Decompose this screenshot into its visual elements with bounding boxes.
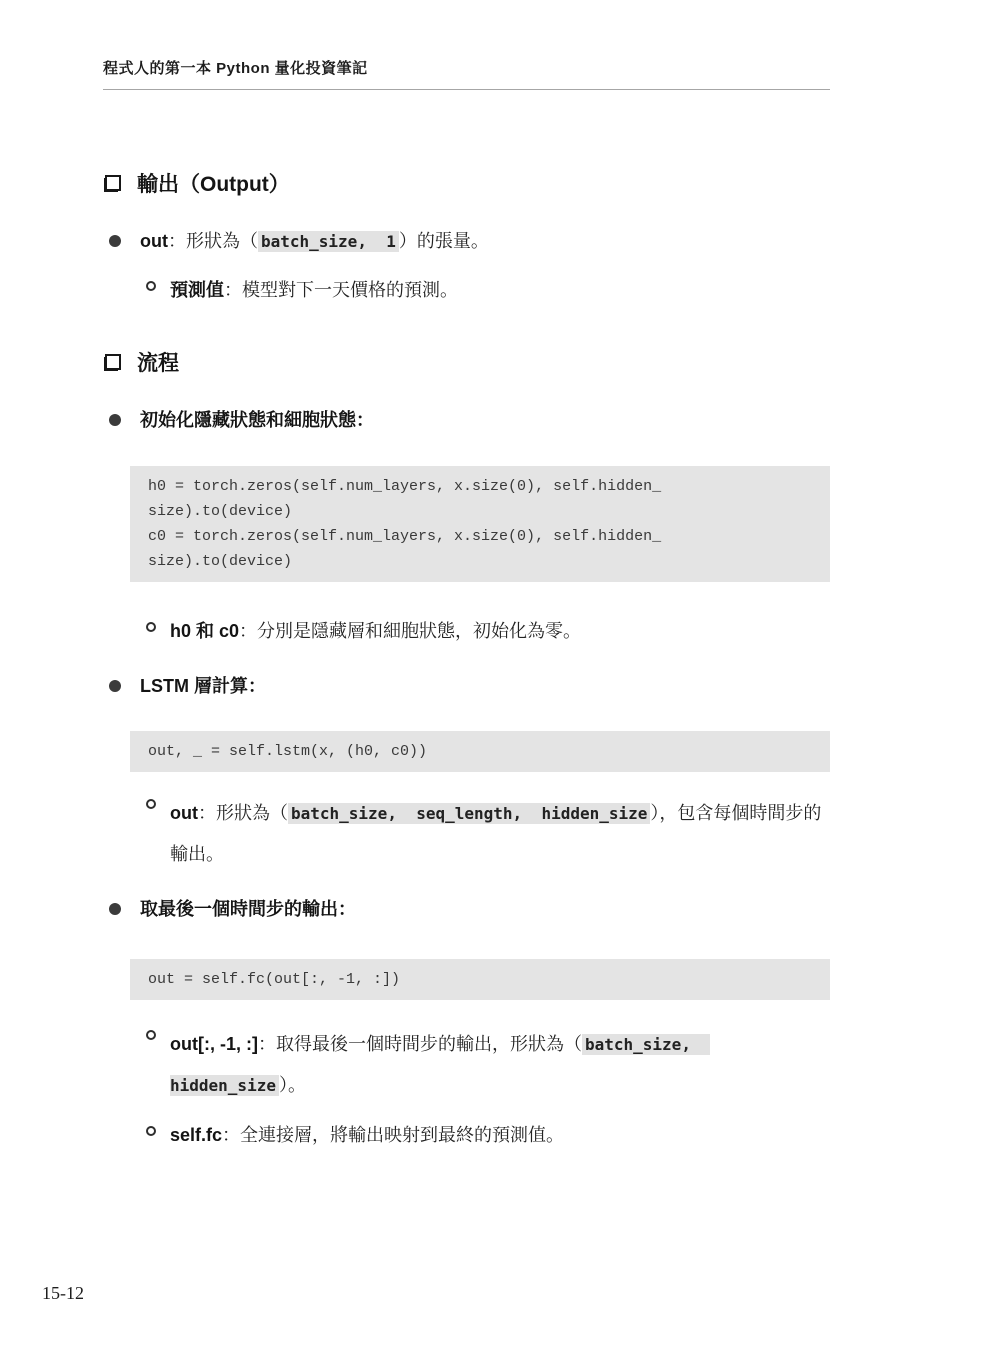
inline-code-batch-size-1: batch_size, 1 <box>258 231 399 252</box>
section-heading-output: 輸出（Output） <box>103 170 833 200</box>
section-heading-output-label: 輸出（Output） <box>137 170 290 200</box>
term-out-slice: out[:, -1, :] <box>170 1034 258 1054</box>
term-prediction: 預測值 <box>170 280 224 300</box>
code-line: h0 = torch.zeros(self.num_layers, x.size… <box>148 474 818 499</box>
term-self-fc: self.fc <box>170 1125 222 1145</box>
text: LSTM 層計算： <box>140 676 266 696</box>
page-content: 輸出（Output） out：形狀為（batch_size, 1）的張量。 預測… <box>103 92 833 1150</box>
book-page: 程式人的第一本 Python 量化投資筆記 輸出（Output） out：形狀為… <box>0 0 1000 1353</box>
sub-bullet-self-fc-text: self.fc：全連接層，將輸出映射到最終的預測值。 <box>170 1120 564 1150</box>
dot-bullet-icon <box>109 903 121 915</box>
sub-bullet-h0-c0: h0 和 c0：分別是隱藏層和細胞狀態，初始化為零。 <box>146 616 833 646</box>
bullet-out-shape-text: out：形狀為（batch_size, 1）的張量。 <box>140 226 489 257</box>
text: 取最後一個時間步的輸出： <box>140 899 356 919</box>
bullet-lstm-layer-text: LSTM 層計算： <box>140 671 266 701</box>
page-header: 程式人的第一本 Python 量化投資筆記 <box>103 57 830 90</box>
colon: ： <box>224 280 242 300</box>
sub-bullet-prediction: 預測值：模型對下一天價格的預測。 <box>146 275 833 305</box>
sub-bullet-out-slice-text: out[:, -1, :]：取得最後一個時間步的輸出，形狀為（batch_siz… <box>170 1024 833 1106</box>
bullet-last-timestep-text: 取最後一個時間步的輸出： <box>140 894 356 924</box>
circle-bullet-icon <box>146 1126 156 1136</box>
inline-code-lstm-shape: batch_size, seq_length, hidden_size <box>288 803 650 824</box>
text-pre: 形狀為（ <box>216 803 288 823</box>
bullet-out-shape: out：形狀為（batch_size, 1）的張量。 <box>103 226 833 257</box>
text: 模型對下一天價格的預測。 <box>242 280 458 300</box>
circle-bullet-icon <box>146 622 156 632</box>
bullet-lstm-layer: LSTM 層計算： <box>103 671 833 701</box>
code-block-fc: out = self.fc(out[:, -1, :]) <box>130 959 830 1000</box>
square-bullet-icon <box>105 175 121 191</box>
term-out: out <box>170 803 198 823</box>
circle-bullet-icon <box>146 1030 156 1040</box>
text-pre: 取得最後一個時間步的輸出，形狀為（ <box>276 1034 582 1054</box>
bullet-init-states: 初始化隱藏狀態和細胞狀態： <box>103 405 833 435</box>
dot-bullet-icon <box>109 235 121 247</box>
text: 初始化隱藏狀態和細胞狀態： <box>140 410 374 430</box>
bullet-last-timestep: 取最後一個時間步的輸出： <box>103 894 833 924</box>
code-line: c0 = torch.zeros(self.num_layers, x.size… <box>148 524 818 549</box>
text: 全連接層，將輸出映射到最終的預測值。 <box>240 1125 564 1145</box>
code-line: out = self.fc(out[:, -1, :]) <box>148 967 818 992</box>
section-heading-flow-label: 流程 <box>137 349 179 379</box>
text-pre: 形狀為（ <box>186 231 258 251</box>
circle-bullet-icon <box>146 281 156 291</box>
book-title: 程式人的第一本 Python 量化投資筆記 <box>103 57 830 78</box>
text: 分別是隱藏層和細胞狀態，初始化為零。 <box>257 621 581 641</box>
sub-bullet-prediction-text: 預測值：模型對下一天價格的預測。 <box>170 275 458 305</box>
sub-bullet-lstm-out: out：形狀為（batch_size, seq_length, hidden_s… <box>146 793 833 875</box>
code-line: out, _ = self.lstm(x, (h0, c0)) <box>148 739 818 764</box>
header-rule <box>103 89 830 90</box>
code-block-lstm: out, _ = self.lstm(x, (h0, c0)) <box>130 731 830 772</box>
colon: ： <box>168 231 186 251</box>
code-block-init-states: h0 = torch.zeros(self.num_layers, x.size… <box>130 466 830 582</box>
square-bullet-icon <box>105 354 121 370</box>
text-post: ）的張量。 <box>399 231 489 251</box>
text-post: ）。 <box>279 1075 306 1095</box>
dot-bullet-icon <box>109 414 121 426</box>
colon: ： <box>239 621 257 641</box>
sub-bullet-h0-c0-text: h0 和 c0：分別是隱藏層和細胞狀態，初始化為零。 <box>170 616 581 646</box>
section-heading-flow: 流程 <box>103 349 833 379</box>
page-number: 15-12 <box>42 1283 84 1304</box>
sub-bullet-out-slice: out[:, -1, :]：取得最後一個時間步的輸出，形狀為（batch_siz… <box>146 1024 833 1106</box>
circle-bullet-icon <box>146 799 156 809</box>
colon: ： <box>198 803 216 823</box>
code-line: size).to(device) <box>148 499 818 524</box>
dot-bullet-icon <box>109 680 121 692</box>
bullet-init-states-text: 初始化隱藏狀態和細胞狀態： <box>140 405 374 435</box>
code-line: size).to(device) <box>148 549 818 574</box>
sub-bullet-lstm-out-text: out：形狀為（batch_size, seq_length, hidden_s… <box>170 793 833 875</box>
term-out: out <box>140 231 168 251</box>
term-h0-c0: h0 和 c0 <box>170 621 239 641</box>
colon: ： <box>222 1125 240 1145</box>
colon: ： <box>258 1034 276 1054</box>
sub-bullet-self-fc: self.fc：全連接層，將輸出映射到最終的預測值。 <box>146 1120 833 1150</box>
